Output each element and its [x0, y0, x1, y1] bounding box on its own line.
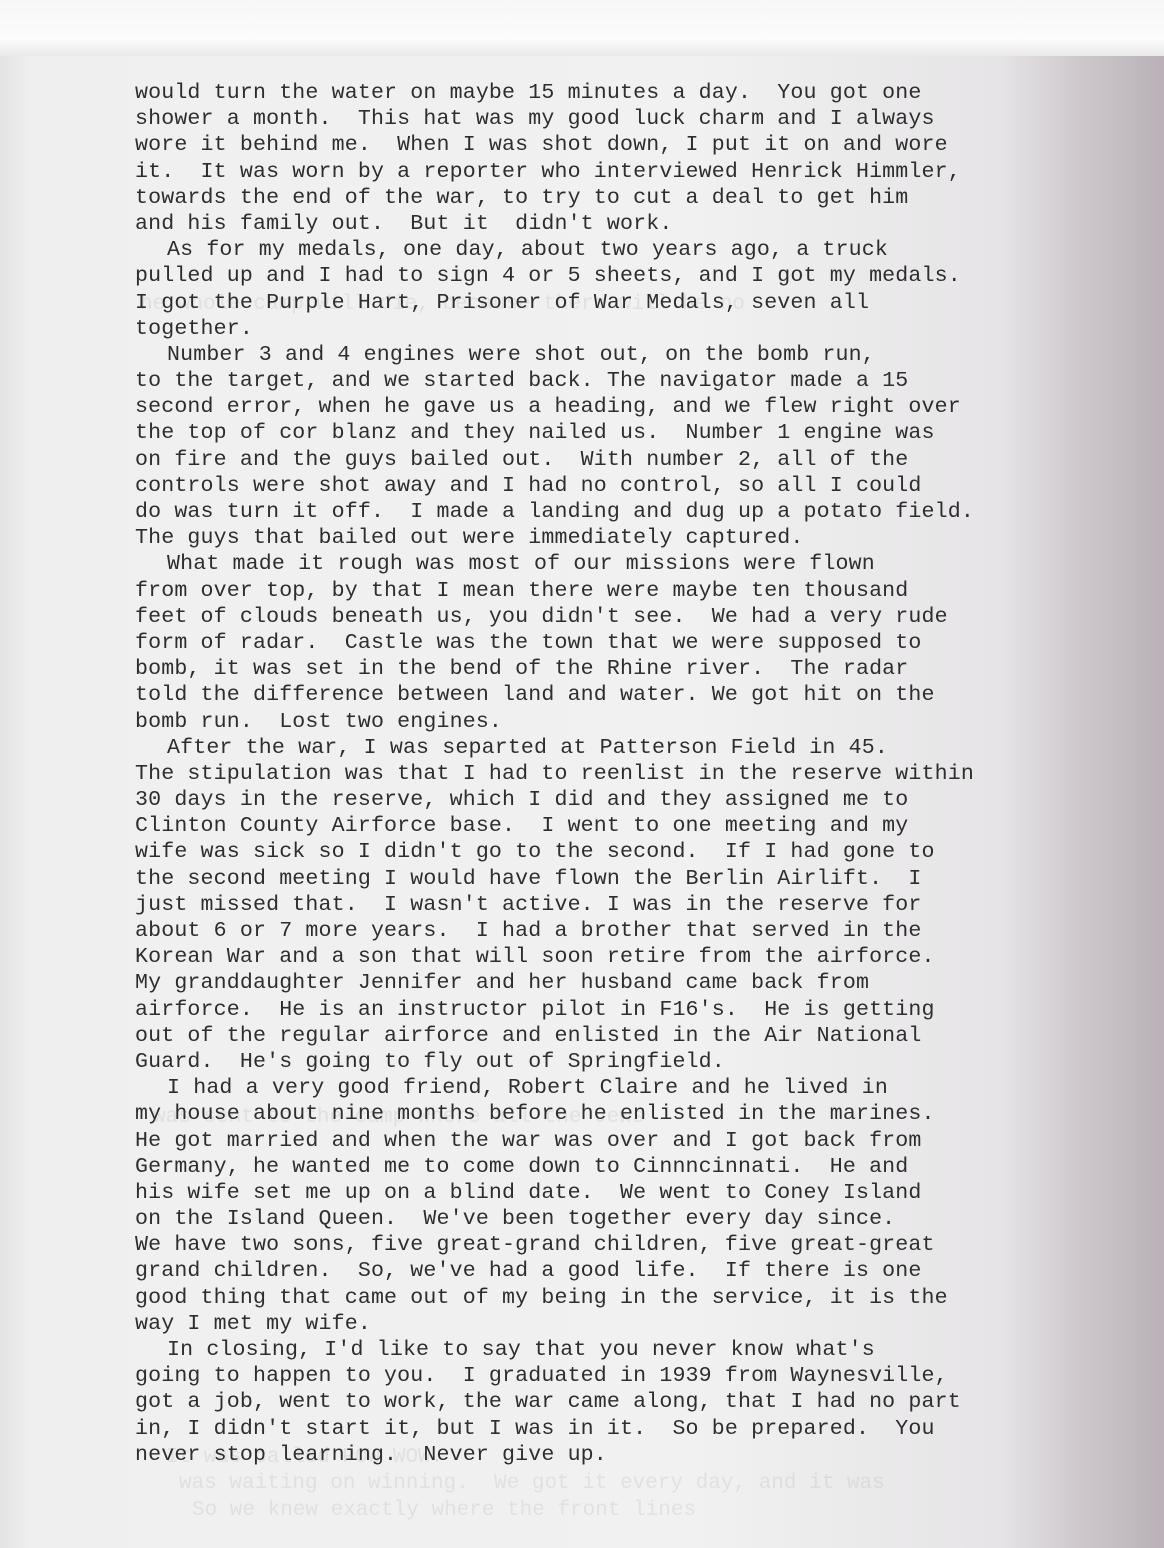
text-line: going to happen to you. I graduated in 1…	[135, 1363, 1155, 1389]
text-line: In closing, I'd like to say that you nev…	[135, 1337, 1155, 1363]
text-line: After the war, I was separted at Patters…	[135, 735, 1155, 761]
text-line: it. It was worn by a reporter who interv…	[135, 159, 1155, 185]
text-line: What made it rough was most of our missi…	[135, 551, 1155, 577]
text-line: He got married and when the war was over…	[135, 1128, 1155, 1154]
text-line: As for my medals, one day, about two yea…	[135, 237, 1155, 263]
text-line: his wife set me up on a blind date. We w…	[135, 1180, 1155, 1206]
text-line: to the target, and we started back. The …	[135, 368, 1155, 394]
paragraph: would turn the water on maybe 15 minutes…	[135, 80, 1155, 237]
text-line: and his family out. But it didn't work.	[135, 211, 1155, 237]
text-line: the top of cor blanz and they nailed us.…	[135, 420, 1155, 446]
text-line: pulled up and I had to sign 4 or 5 sheet…	[135, 263, 1155, 289]
text-line: airforce. He is an instructor pilot in F…	[135, 997, 1155, 1023]
text-line: good thing that came out of my being in …	[135, 1285, 1155, 1311]
text-line: form of radar. Castle was the town that …	[135, 630, 1155, 656]
text-line: Korean War and a son that will soon reti…	[135, 944, 1155, 970]
paragraph: What made it rough was most of our missi…	[135, 551, 1155, 734]
text-line: about 6 or 7 more years. I had a brother…	[135, 918, 1155, 944]
text-line: do was turn it off. I made a landing and…	[135, 499, 1155, 525]
text-line: out of the regular airforce and enlisted…	[135, 1023, 1155, 1049]
paragraph: In closing, I'd like to say that you nev…	[135, 1337, 1155, 1468]
text-line: together.	[135, 316, 1155, 342]
paragraph: After the war, I was separted at Patters…	[135, 735, 1155, 1075]
text-line: My granddaughter Jennifer and her husban…	[135, 970, 1155, 996]
text-line: the second meeting I would have flown th…	[135, 866, 1155, 892]
text-line: I had a very good friend, Robert Claire …	[135, 1075, 1155, 1101]
paragraph: Number 3 and 4 engines were shot out, on…	[135, 342, 1155, 552]
text-line: shower a month. This hat was my good luc…	[135, 106, 1155, 132]
scan-top-margin	[0, 0, 1164, 56]
text-line: We have two sons, five great-grand child…	[135, 1232, 1155, 1258]
text-line: would turn the water on maybe 15 minutes…	[135, 80, 1155, 106]
text-line: feet of clouds beneath us, you didn't se…	[135, 604, 1155, 630]
text-line: way I met my wife.	[135, 1311, 1155, 1337]
text-line: second error, when he gave us a heading,…	[135, 394, 1155, 420]
text-line: The guys that bailed out were immediatel…	[135, 525, 1155, 551]
text-line: wife was sick so I didn't go to the seco…	[135, 839, 1155, 865]
text-line: controls were shot away and I had no con…	[135, 473, 1155, 499]
text-line: bomb run. Lost two engines.	[135, 709, 1155, 735]
left-edge-shade	[0, 56, 30, 1548]
text-line: Number 3 and 4 engines were shot out, on…	[135, 342, 1155, 368]
text-line: my house about nine months before he enl…	[135, 1101, 1155, 1127]
text-line: The stipulation was that I had to reenli…	[135, 761, 1155, 787]
text-line: Guard. He's going to fly out of Springfi…	[135, 1049, 1155, 1075]
text-line: grand children. So, we've had a good lif…	[135, 1258, 1155, 1284]
text-line: just missed that. I wasn't active. I was…	[135, 892, 1155, 918]
text-line: Clinton County Airforce base. I went to …	[135, 813, 1155, 839]
text-line: on the Island Queen. We've been together…	[135, 1206, 1155, 1232]
text-line: told the difference between land and wat…	[135, 682, 1155, 708]
text-line: Germany, he wanted me to come down to Ci…	[135, 1154, 1155, 1180]
paragraph: I had a very good friend, Robert Claire …	[135, 1075, 1155, 1337]
text-line: from over top, by that I mean there were…	[135, 578, 1155, 604]
text-line: got a job, went to work, the war came al…	[135, 1389, 1155, 1415]
text-line: bomb, it was set in the bend of the Rhin…	[135, 656, 1155, 682]
text-line: never stop learning. Never give up.	[135, 1442, 1155, 1468]
text-line: in, I didn't start it, but I was in it. …	[135, 1416, 1155, 1442]
text-line: I got the Purple Hart, Prisoner of War M…	[135, 290, 1155, 316]
text-line: on fire and the guys bailed out. With nu…	[135, 447, 1155, 473]
document-body: would turn the water on maybe 15 minutes…	[135, 80, 1155, 1468]
text-line: wore it behind me. When I was shot down,…	[135, 132, 1155, 158]
text-line: towards the end of the war, to try to cu…	[135, 185, 1155, 211]
paragraph: As for my medals, one day, about two yea…	[135, 237, 1155, 342]
text-line: 30 days in the reserve, which I did and …	[135, 787, 1155, 813]
